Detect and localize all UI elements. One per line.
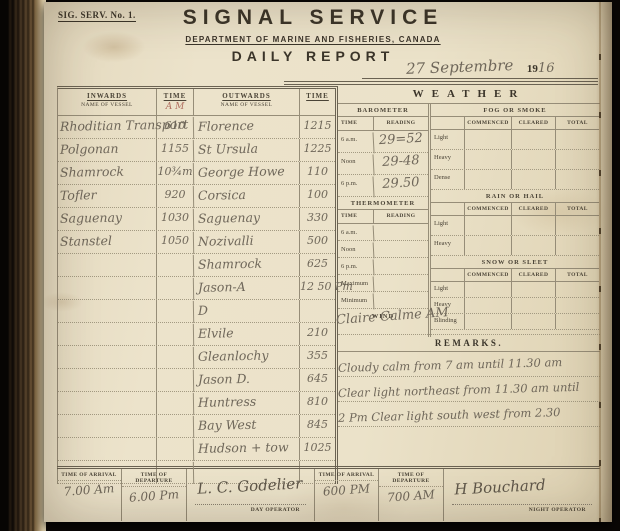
inward-time: [156, 438, 193, 460]
outward-time: 100: [299, 185, 335, 207]
table-row: Gleanlochy 355: [58, 346, 335, 369]
outwards-header: OUTWARDS: [194, 92, 299, 100]
night-arrival-value: 600 PM: [315, 482, 379, 498]
table-row: Elvile 210: [58, 323, 335, 346]
reading-time-label: Noon: [338, 153, 373, 174]
condition-label: Light: [431, 130, 464, 149]
snow-rows: Light Heavy Blinding: [431, 282, 599, 330]
condition-row: Light: [431, 216, 599, 236]
table-row: Hudson + tow 1025: [58, 438, 335, 461]
reading-time-label: 6 a.m.: [338, 131, 373, 152]
condition-commenced: [464, 298, 511, 313]
night-arrival-label: TIME OF ARRIVAL: [315, 469, 378, 481]
fog-commenced-header: COMMENCED: [464, 117, 511, 129]
time-header-2: TIME: [300, 92, 335, 100]
reading-row: 6 p.m.: [338, 258, 428, 275]
condition-label: Light: [431, 282, 464, 297]
date-line: 27 Septembre 1916: [362, 58, 598, 79]
condition-label: Heavy: [431, 150, 464, 169]
rain-rows: Light Heavy: [431, 216, 599, 256]
reading-time-label: Noon: [338, 241, 373, 257]
inward-vessel-name: [58, 460, 156, 484]
signature-rule: [452, 504, 592, 505]
night-operator-label: NIGHT OPERATOR: [529, 507, 586, 513]
outward-time: 810: [299, 392, 335, 414]
thermometer-rows: 6 a.m. Noon 6 p.m. Maximum Minimum: [338, 224, 428, 309]
reading-value: [373, 240, 429, 259]
thermometer-time-header: TIME: [338, 210, 373, 223]
condition-total: [555, 314, 599, 329]
reading-value: 29=52: [372, 130, 428, 154]
inward-time: [156, 346, 193, 368]
remark-line: Cloudy calm from 7 am until 11.30 am: [338, 352, 600, 377]
handwritten-date: 27 Septembre: [405, 56, 513, 78]
outward-time: 210: [299, 323, 335, 345]
scanned-photo: SIG. SERV. No. 1. SIGNAL SERVICE DEPARTM…: [0, 0, 620, 531]
table-row: Saguenay 1030 Saguenay 330: [58, 208, 335, 231]
inwards-header: INWARDS: [58, 92, 156, 100]
reading-row: Noon: [338, 241, 428, 258]
barometer-rows: 6 a.m. 29=52 Noon 29-48 6 p.m. 29.50: [338, 131, 428, 197]
night-operator-signature: H Bouchard: [443, 465, 600, 499]
condition-commenced: [464, 216, 511, 235]
outward-vessel-name: St Ursula: [193, 138, 299, 162]
outward-vessel-name: Corsica: [193, 184, 299, 208]
inward-vessel-name: [58, 437, 156, 461]
fog-or-smoke-title: FOG OR SMOKE: [431, 104, 599, 117]
outward-vessel-name: Saguenay: [193, 207, 299, 231]
condition-label: Light: [431, 216, 464, 235]
outward-time: 1025: [299, 438, 335, 460]
fog-rows: Light Heavy Dense: [431, 130, 599, 190]
am-annotation: A M: [157, 102, 193, 112]
inward-vessel-name: Tofler: [58, 184, 156, 208]
inward-vessel-name: [58, 414, 156, 438]
condition-total: [555, 236, 599, 255]
outward-time: 12 50 Pm: [299, 277, 335, 299]
handwritten-year: 16: [538, 61, 555, 76]
weather-title: WEATHER: [338, 88, 600, 100]
rain-or-hail-title: RAIN OR HAIL: [431, 190, 599, 203]
outward-vessel-name: D: [193, 299, 299, 323]
outward-vessel-name: George Howe: [193, 161, 299, 185]
rain-commenced-header: COMMENCED: [464, 203, 511, 215]
inward-time: 10¾m: [156, 162, 193, 184]
inward-vessel-name: [58, 368, 156, 392]
day-departure-value: 6.00 Pm: [122, 488, 187, 504]
condition-cleared: [511, 236, 555, 255]
inward-vessel-name: Rhoditian Transport: [58, 115, 156, 139]
remarks-section: REMARKS. Cloudy calm from 7 am until 11.…: [338, 334, 600, 427]
reading-row: Noon 29-48: [338, 153, 428, 175]
table-row: Rhoditian Transport 610 Florence 1215: [58, 116, 335, 139]
reading-value: 29-48: [372, 152, 428, 176]
signature-rule: [195, 504, 306, 505]
reading-time-label: Maximum: [338, 275, 373, 291]
snow-commenced-header: COMMENCED: [464, 269, 511, 281]
inwards-subheader: NAME OF VESSEL: [58, 102, 156, 108]
outwards-subheader: NAME OF VESSEL: [194, 102, 299, 108]
rain-total-header: TOTAL: [555, 203, 599, 215]
reading-row: 6 p.m. 29.50: [338, 175, 428, 197]
condition-cleared: [511, 130, 555, 149]
condition-label: Dense: [431, 170, 464, 189]
night-departure-label: TIME OF DEPARTURE: [379, 469, 443, 487]
department-subtitle: DEPARTMENT OF MARINE AND FISHERIES, CANA…: [148, 35, 478, 44]
printed-year-prefix: 19: [527, 63, 538, 75]
condition-cleared: [511, 282, 555, 297]
outward-vessel-name: Florence: [193, 115, 299, 139]
outward-time: 1225: [299, 139, 335, 161]
condition-row: Blinding: [431, 314, 599, 330]
reading-time-label: 6 a.m.: [338, 224, 373, 240]
remark-lines: Cloudy calm from 7 am until 11.30 am Cle…: [338, 352, 600, 427]
outward-time: 645: [299, 369, 335, 391]
header-rule: [284, 81, 598, 85]
inward-time: [156, 254, 193, 276]
inward-time: [156, 415, 193, 437]
reading-row: Maximum: [338, 275, 428, 292]
condition-total: [555, 216, 599, 235]
weather-left-column: BAROMETER TIME READING 6 a.m. 29=52 Noon…: [338, 104, 428, 337]
book-binding: [0, 0, 46, 531]
outward-time: 330: [299, 208, 335, 230]
night-departure-value: 700 AM: [379, 488, 444, 504]
vessel-movements-table: INWARDS NAME OF VESSEL TIME A M OUTWARDS…: [57, 86, 338, 484]
table-row: Polgonan 1155 St Ursula 1225: [58, 139, 335, 162]
table-row: Shamrock 625: [58, 254, 335, 277]
table-row: Shamrock 10¾m George Howe 110: [58, 162, 335, 185]
outward-vessel-name: Elvile: [193, 322, 299, 346]
condition-row: Heavy: [431, 236, 599, 256]
condition-row: Heavy: [431, 150, 599, 170]
time-header: TIME: [157, 92, 193, 100]
inward-time: [156, 392, 193, 414]
snow-or-sleet-title: SNOW OR SLEET: [431, 256, 599, 269]
inward-time: 920: [156, 185, 193, 207]
page-edge-shadow: [596, 2, 612, 522]
condition-cleared: [511, 314, 555, 329]
table-row: Huntress 810: [58, 392, 335, 415]
outward-time: 1215: [299, 116, 335, 138]
condition-label: Heavy: [431, 236, 464, 255]
reading-value: [373, 257, 429, 276]
condition-row: Heavy: [431, 298, 599, 314]
inward-time: [156, 369, 193, 391]
snow-total-header: TOTAL: [555, 269, 599, 281]
condition-total: [555, 298, 599, 313]
outward-vessel-name: Jason D.: [193, 368, 299, 392]
reading-time-label: 6 p.m.: [338, 175, 373, 196]
rain-cleared-header: CLEARED: [511, 203, 555, 215]
condition-row: Dense: [431, 170, 599, 190]
table-row: Stanstel 1050 Nozivalli 500: [58, 231, 335, 254]
outward-vessel-name: [193, 460, 299, 484]
inward-vessel-name: [58, 253, 156, 277]
outward-time: 845: [299, 415, 335, 437]
reading-time-label: 6 p.m.: [338, 258, 373, 274]
day-operator-label: DAY OPERATOR: [251, 507, 300, 513]
remark-line: 2 Pm Clear light south west from 2.30: [338, 402, 600, 427]
condition-commenced: [464, 282, 511, 297]
wind-section: WIND Claire Calme AM: [338, 309, 428, 337]
barometer-title: BAROMETER: [338, 104, 428, 117]
outward-vessel-name: Gleanlochy: [193, 345, 299, 369]
inward-time: [156, 277, 193, 299]
condition-commenced: [464, 170, 511, 189]
inward-vessel-name: Shamrock: [58, 161, 156, 185]
thermometer-title: THERMOMETER: [338, 197, 428, 210]
condition-cleared: [511, 170, 555, 189]
inward-vessel-name: [58, 391, 156, 415]
day-arrival-value: 7.00 Am: [57, 482, 122, 498]
condition-commenced: [464, 314, 511, 329]
reading-value: [373, 274, 429, 293]
thermometer-reading-header: READING: [373, 210, 428, 223]
barometer-reading-header: READING: [373, 117, 428, 130]
table-row: Jason-A 12 50 Pm: [58, 277, 335, 300]
outward-time: [299, 300, 335, 322]
fog-cleared-header: CLEARED: [511, 117, 555, 129]
inward-time: 1030: [156, 208, 193, 230]
outward-vessel-name: Nozivalli: [193, 230, 299, 254]
scanned-page: SIG. SERV. No. 1. SIGNAL SERVICE DEPARTM…: [44, 2, 612, 522]
outward-time: 355: [299, 346, 335, 368]
weather-panel: WEATHER BAROMETER TIME READING 6 a.m. 29…: [338, 88, 600, 337]
reading-row: 6 a.m.: [338, 224, 428, 241]
barometer-time-header: TIME: [338, 117, 373, 130]
condition-total: [555, 282, 599, 297]
condition-commenced: [464, 130, 511, 149]
page-title: SIGNAL SERVICE: [148, 6, 478, 30]
weather-right-column: FOG OR SMOKE COMMENCED CLEARED TOTAL Lig…: [428, 104, 599, 337]
condition-commenced: [464, 236, 511, 255]
condition-total: [555, 170, 599, 189]
condition-cleared: [511, 216, 555, 235]
outward-vessel-name: Huntress: [193, 391, 299, 415]
outward-vessel-name: Jason-A: [193, 276, 299, 300]
reading-time-label: Minimum: [338, 292, 373, 308]
snow-cleared-header: CLEARED: [511, 269, 555, 281]
inward-vessel-name: [58, 345, 156, 369]
reading-row: 6 a.m. 29=52: [338, 131, 428, 153]
table-row: Bay West 845: [58, 415, 335, 438]
condition-total: [555, 130, 599, 149]
inward-vessel-name: [58, 276, 156, 300]
reading-value: 29.50: [372, 174, 428, 198]
outward-time: 625: [299, 254, 335, 276]
table-row: Tofler 920 Corsica 100: [58, 185, 335, 208]
condition-cleared: [511, 150, 555, 169]
condition-commenced: [464, 150, 511, 169]
outward-vessel-name: Bay West: [193, 414, 299, 438]
remark-line: Clear light northeast from 11.30 am unti…: [338, 377, 600, 402]
condition-row: Light: [431, 282, 599, 298]
remark-text: 2 Pm Clear light south west from 2.30: [338, 399, 561, 431]
vessel-rows: Rhoditian Transport 610 Florence 1215 Po…: [58, 116, 335, 484]
inward-time: 1050: [156, 231, 193, 253]
inward-vessel-name: Polgonan: [58, 138, 156, 162]
inward-time: 1155: [156, 139, 193, 161]
reading-value: [373, 223, 429, 242]
inward-vessel-name: [58, 322, 156, 346]
outward-vessel-name: Hudson + tow: [193, 437, 299, 461]
inward-vessel-name: Saguenay: [58, 207, 156, 231]
table-row: Jason D. 645: [58, 369, 335, 392]
table-row: [58, 461, 335, 484]
condition-cleared: [511, 298, 555, 313]
inward-vessel-name: [58, 299, 156, 323]
outward-time: 110: [299, 162, 335, 184]
condition-row: Light: [431, 130, 599, 150]
inward-vessel-name: Stanstel: [58, 230, 156, 254]
fog-total-header: TOTAL: [555, 117, 599, 129]
outward-time: 500: [299, 231, 335, 253]
condition-total: [555, 150, 599, 169]
vessel-table-header: INWARDS NAME OF VESSEL TIME A M OUTWARDS…: [58, 89, 335, 116]
outward-vessel-name: Shamrock: [193, 253, 299, 277]
form-number: SIG. SERV. No. 1.: [58, 10, 136, 22]
inward-time: [156, 323, 193, 345]
inward-time: [156, 300, 193, 322]
table-row: D: [58, 300, 335, 323]
